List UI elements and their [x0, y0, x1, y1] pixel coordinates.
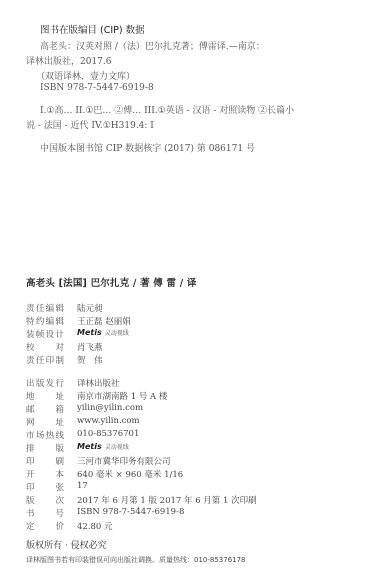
pub-label: 出版发行	[26, 377, 64, 389]
pub-row: 地 址 南京市湖南路 1 号 A 楼	[26, 390, 167, 402]
hotline-value: 010-85376701	[77, 429, 139, 441]
cip-line: 高老头：汉英对照 /（法）巴尔扎克著；傅雷译.—南京：	[40, 39, 265, 52]
pub-row: 排 版 Metis灵动视线	[26, 442, 129, 454]
pub-row: 版 次 2017 年 6 月第 1 版 2017 年 6 月第 1 次印刷	[26, 494, 257, 506]
pub-value: 17	[77, 481, 88, 493]
credit-row: 装帧设计 Metis灵动视线	[26, 328, 129, 340]
credit-row: 责任印制 贺 伟	[26, 354, 103, 366]
website-value: www.yilin.com	[77, 416, 140, 428]
pub-row: 网 址 www.yilin.com	[26, 416, 140, 428]
credit-label: 校 对	[26, 341, 64, 353]
cip-isbn: ISBN 978-7-5447-6919-8	[40, 83, 154, 93]
cip-line: （双语译林．壹力文库）	[36, 69, 135, 82]
cip-core-number: 中国版本图书馆 CIP 数据核字 (2017) 第 086171 号	[40, 141, 255, 154]
cip-classification: 说 - 法国 - 近代 IV.①H319.4: I	[26, 118, 154, 131]
credit-value: 肖飞燕	[77, 341, 103, 353]
pub-label: 排 版	[26, 442, 64, 454]
pub-label: 定 价	[26, 520, 64, 532]
pub-label: 地 址	[26, 390, 64, 402]
price-value: 42.80 元	[77, 520, 113, 532]
pub-row: 定 价 42.80 元	[26, 520, 113, 532]
book-title-line: 高老头 [法国] 巴尔扎克 / 著 傅 雷 / 译	[26, 275, 197, 289]
credit-value: 王正磊 赵丽娟	[77, 315, 131, 327]
cip-heading: 图书在版编目 (CIP) 数据	[40, 22, 145, 36]
pub-label: 印 刷	[26, 455, 64, 467]
credit-label: 装帧设计	[26, 328, 64, 340]
pub-label: 开 本	[26, 468, 64, 480]
pub-value: 2017 年 6 月第 1 版 2017 年 6 月第 1 次印刷	[77, 494, 257, 506]
credit-row: 校 对 肖飞燕	[26, 341, 103, 353]
pub-row: 开 本 640 毫米 × 960 毫米 1/16	[26, 468, 183, 480]
pub-value: 640 毫米 × 960 毫米 1/16	[77, 468, 183, 480]
pub-row: 书 号 ISBN 978-7-5447-6919-8	[26, 507, 184, 519]
metis-logo: Metis灵动视线	[77, 328, 129, 340]
pub-value: 译林出版社	[77, 377, 120, 389]
pub-row: 市场热线 010-85376701	[26, 429, 139, 441]
cip-line: 译林出版社，2017.6	[26, 54, 112, 67]
pub-label: 网 址	[26, 416, 64, 428]
pub-value: 三河市冀华印务有限公司	[77, 455, 171, 467]
pub-row: 印 张 17	[26, 481, 88, 493]
cip-classification: I.①高… II.①巴… ②傅… III.①英语 - 汉语 - 对照读物 ②长篇…	[40, 103, 294, 116]
pub-label: 印 张	[26, 481, 64, 493]
copyright-notice: 版权所有 · 侵权必究	[26, 538, 107, 551]
metis-logo: Metis灵动视线	[77, 442, 129, 454]
credit-value: 贺 伟	[77, 354, 103, 366]
credit-label: 特约编辑	[26, 315, 64, 327]
quality-notice: 译林版图书若有印装错误可向出版社调换。质量热线：010-85376178	[26, 555, 246, 565]
credit-value: 陆元昶	[77, 302, 103, 314]
credit-label: 责任印制	[26, 354, 64, 366]
credit-label: 责任编辑	[26, 302, 64, 314]
pub-label: 书 号	[26, 507, 64, 519]
pub-row: 邮 箱 yilin@yilin.com	[26, 403, 143, 415]
pub-row: 出版发行 译林出版社	[26, 377, 120, 389]
email-value: yilin@yilin.com	[77, 403, 143, 415]
pub-label: 邮 箱	[26, 403, 64, 415]
isbn-value: ISBN 978-7-5447-6919-8	[77, 507, 184, 519]
pub-label: 版 次	[26, 494, 64, 506]
pub-value: 南京市湖南路 1 号 A 楼	[77, 390, 167, 402]
pub-row: 印 刷 三河市冀华印务有限公司	[26, 455, 171, 467]
pub-label: 市场热线	[26, 429, 64, 441]
credit-row: 责任编辑 陆元昶	[26, 302, 103, 314]
credit-row: 特约编辑 王正磊 赵丽娟	[26, 315, 131, 327]
